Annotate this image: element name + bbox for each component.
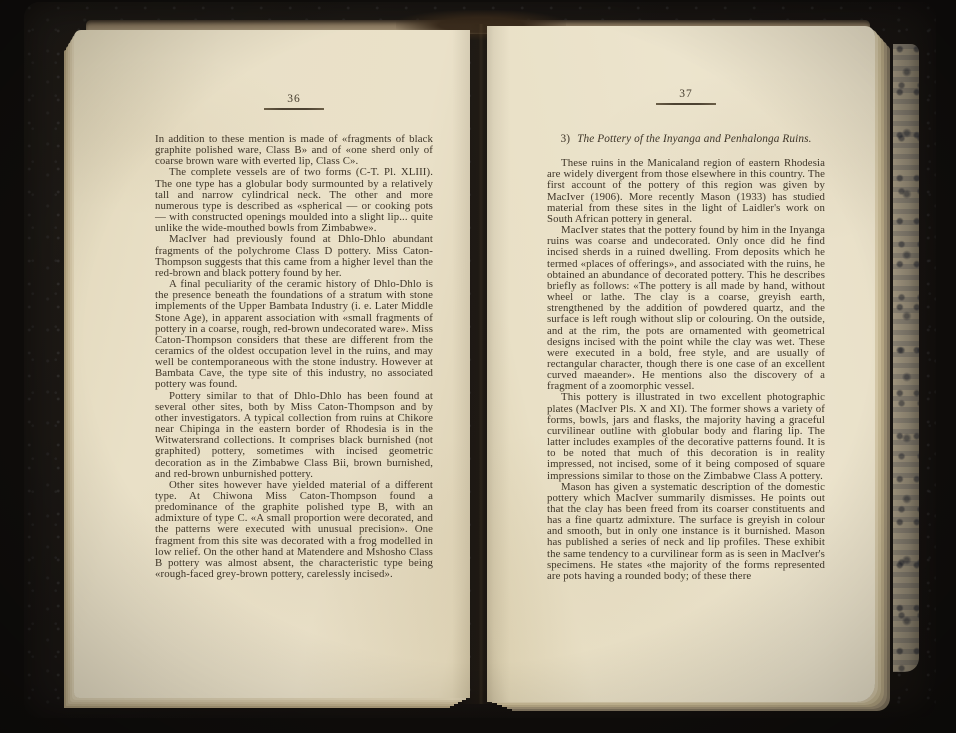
- paragraph: In addition to these mention is made of …: [155, 134, 433, 167]
- book-scan-photo: 36 In addition to these mention is made …: [0, 0, 956, 733]
- left-header-rule: [264, 108, 324, 110]
- paragraph: MacIver had previously found at Dhlo-Dhl…: [155, 234, 433, 279]
- paragraph: These ruins in the Manicaland region of …: [547, 158, 825, 225]
- paragraph: Pottery similar to that of Dhlo-Dhlo has…: [155, 391, 433, 480]
- paragraph: This pottery is illustrated in two excel…: [547, 392, 825, 481]
- right-header-rule: [656, 103, 716, 105]
- left-page-header: 36: [155, 93, 433, 110]
- right-page-header: 37: [547, 88, 825, 105]
- left-text-block: In addition to these mention is made of …: [155, 134, 433, 580]
- section-heading: 3)The Pottery of the Inyanga and Penhalo…: [547, 134, 825, 145]
- left-page: 36 In addition to these mention is made …: [74, 30, 470, 698]
- paragraph: Mason has given a systematic description…: [547, 482, 825, 582]
- left-page-number: 36: [155, 93, 433, 105]
- right-page-number: 37: [547, 88, 825, 100]
- right-text-block: 3)The Pottery of the Inyanga and Penhalo…: [547, 134, 825, 582]
- section-number: 3): [560, 133, 577, 145]
- right-page: 37 3)The Pottery of the Inyanga and Penh…: [487, 26, 875, 702]
- paragraph: Other sites however have yielded materia…: [155, 480, 433, 580]
- section-title: The Pottery of the Inyanga and Penhalong…: [577, 133, 811, 145]
- right-fore-edge-stack: [893, 44, 919, 672]
- paragraph: The complete vessels are of two forms (C…: [155, 167, 433, 234]
- paragraph: MacIver states that the pottery found by…: [547, 225, 825, 392]
- paragraph: A final peculiarity of the ceramic histo…: [155, 279, 433, 391]
